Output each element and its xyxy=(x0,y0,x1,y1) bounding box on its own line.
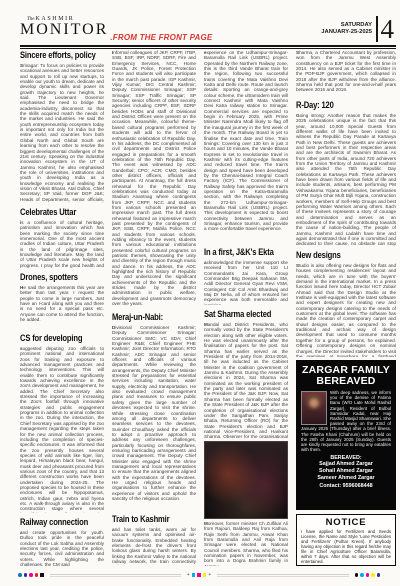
notice-signature-line: Proprietor xyxy=(301,565,391,566)
fold-line xyxy=(50,574,181,577)
article: Informal colleagues of JKP, CRPF, ITBP, … xyxy=(112,50,196,308)
color-square xyxy=(40,573,44,577)
color-dot xyxy=(366,573,370,577)
article-headline: New designs xyxy=(296,251,396,261)
article-body: Mandal and District Presidents, who norm… xyxy=(204,322,288,438)
column-3: experience on the Udhampur-Srinagar-Bara… xyxy=(204,50,288,566)
color-dot xyxy=(355,573,359,577)
page-number: 4 xyxy=(378,16,396,43)
article-headline: Meraj-un-Nabi: xyxy=(112,313,196,323)
obituary-box: ZARGAR FAMILY BEREAVED With deep sadness… xyxy=(296,360,396,510)
article-body: Moreover, former minister Ch Zulfikar Al… xyxy=(204,521,288,566)
notice-body: I have applied for Fertilizers and Seeds… xyxy=(301,529,391,564)
bereaved-name: Sajjad Ahmed Zargar xyxy=(301,461,391,468)
article: Sat Sharma elected Mandal and District P… xyxy=(204,310,288,438)
section-tagline: .FROM THE FRONT PAGE xyxy=(110,33,212,44)
article: In a first, J&K's Ekta acknowledged the … xyxy=(204,248,288,305)
article-body: Srinagar: To focus on policies to provid… xyxy=(20,63,104,203)
article-body: and create opportunities for youth. Dull… xyxy=(20,530,104,566)
article-headline: Train to Kashmir xyxy=(112,515,196,525)
issue-date-block: SATURDAY JANUARY-25-2025 4 xyxy=(321,16,395,43)
bereaved-name: Sameer Ahmed Zargar xyxy=(301,475,391,482)
article-body: Informal colleagues of JKP, CRPF, ITBP, … xyxy=(112,50,196,308)
article-body: He said the arrangements this year are b… xyxy=(20,285,104,329)
article: Railway connection and create opportunit… xyxy=(20,518,104,566)
article: Meraj-un-Nabi: Divisional Commissioner K… xyxy=(112,313,196,510)
color-dot xyxy=(35,573,39,577)
article-body: is a confluence of cultural heritage, pa… xyxy=(20,220,104,268)
obituary-title: ZARGAR FAMILY BEREAVED xyxy=(301,365,391,387)
color-dot xyxy=(18,573,22,577)
article-headline: Celebrates Uttar xyxy=(20,208,104,218)
obituary-contact: Contact: 9596068448 xyxy=(301,482,391,490)
article: Train to Kashmir and has toilet tanks, w… xyxy=(112,515,196,565)
article: Moreover, former minister Ch Zulfikar Al… xyxy=(204,521,288,566)
article-headline: Sincere efforts, policy xyxy=(20,51,104,61)
article: Drones, spotters He said the arrangement… xyxy=(20,273,104,329)
notice-box: NOTICE I have applied for Fertilizers an… xyxy=(296,514,396,566)
registration-marks: + + xyxy=(18,572,380,578)
article-body: acknowledged the immense support she rec… xyxy=(204,260,288,305)
crosshair-mark: + xyxy=(187,573,190,577)
article: Sharma, a Chartered Accountant by profes… xyxy=(296,50,396,96)
article-body: Studio is also offering new designs for … xyxy=(296,263,396,357)
color-square xyxy=(197,573,201,577)
article: New designs Studio is also offering new … xyxy=(296,251,396,357)
article: R-Day: 120 Going strong: Another reason … xyxy=(296,101,396,246)
masthead-rule xyxy=(20,45,396,49)
logo-monitor: MONITOR xyxy=(20,22,108,37)
issue-day: SATURDAY xyxy=(321,22,372,29)
notice-title: NOTICE xyxy=(301,517,391,528)
column-4: Sharma, a Chartered Accountant by profes… xyxy=(296,50,396,566)
color-dot xyxy=(360,573,364,577)
notice-signature: Proprietor Shahnaz Ahmad Lone S/O: Bashi… xyxy=(301,565,391,566)
article-headline: Railway connection xyxy=(20,518,104,528)
article-headline: Drones, spotters xyxy=(20,273,104,283)
article: Celebrates Uttar is a confluence of cult… xyxy=(20,208,104,268)
article-body: Divisional Commissioner Kashmir; Deputy … xyxy=(112,325,196,510)
article-headline: R-Day: 120 xyxy=(296,101,396,111)
color-dot xyxy=(29,573,33,577)
crosshair-mark: + xyxy=(208,573,211,577)
article-body: suggested deputing zoo officials to prom… xyxy=(20,346,104,513)
article-headline: CS for developing xyxy=(20,334,104,344)
article-headline: In a first, J&K's Ekta xyxy=(204,248,288,258)
column-2: Informal colleagues of JKP, CRPF, ITBP, … xyxy=(112,50,196,566)
fold-line xyxy=(217,574,348,577)
article: Sincere efforts, policy Srinagar: To foc… xyxy=(20,51,104,203)
article: CS for developing suggested deputing zoo… xyxy=(20,334,104,513)
article: experience on the Udhampur-Srinagar-Bara… xyxy=(204,50,288,243)
article-headline: Sat Sharma elected xyxy=(204,310,288,320)
article-body: Sharma, a Chartered Accountant by profes… xyxy=(296,50,396,96)
color-dot xyxy=(371,573,375,577)
issue-date: JANUARY-25-2025 xyxy=(321,29,372,36)
masthead: TheKASHMIR MONITOR .FROM THE FRONT PAGE … xyxy=(0,0,400,44)
page-columns: Sincere efforts, policy Srinagar: To foc… xyxy=(0,50,400,566)
color-square xyxy=(192,573,196,577)
color-dot xyxy=(24,573,28,577)
article-photo xyxy=(204,441,288,519)
obituary-photo xyxy=(301,391,327,425)
article-body: experience on the Udhampur-Srinagar-Bara… xyxy=(204,50,288,243)
newspaper-logo: TheKASHMIR MONITOR xyxy=(20,16,108,37)
article-body: and has toilet tanks, warm air for vacuu… xyxy=(112,527,196,565)
bereaved-name: Sohail Ahmed Zargar xyxy=(301,468,391,475)
article-body: Going strong: Another reason that makes … xyxy=(296,113,396,246)
color-square xyxy=(203,573,207,577)
column-1: Sincere efforts, policy Srinagar: To foc… xyxy=(20,50,104,566)
color-dot xyxy=(377,573,381,577)
